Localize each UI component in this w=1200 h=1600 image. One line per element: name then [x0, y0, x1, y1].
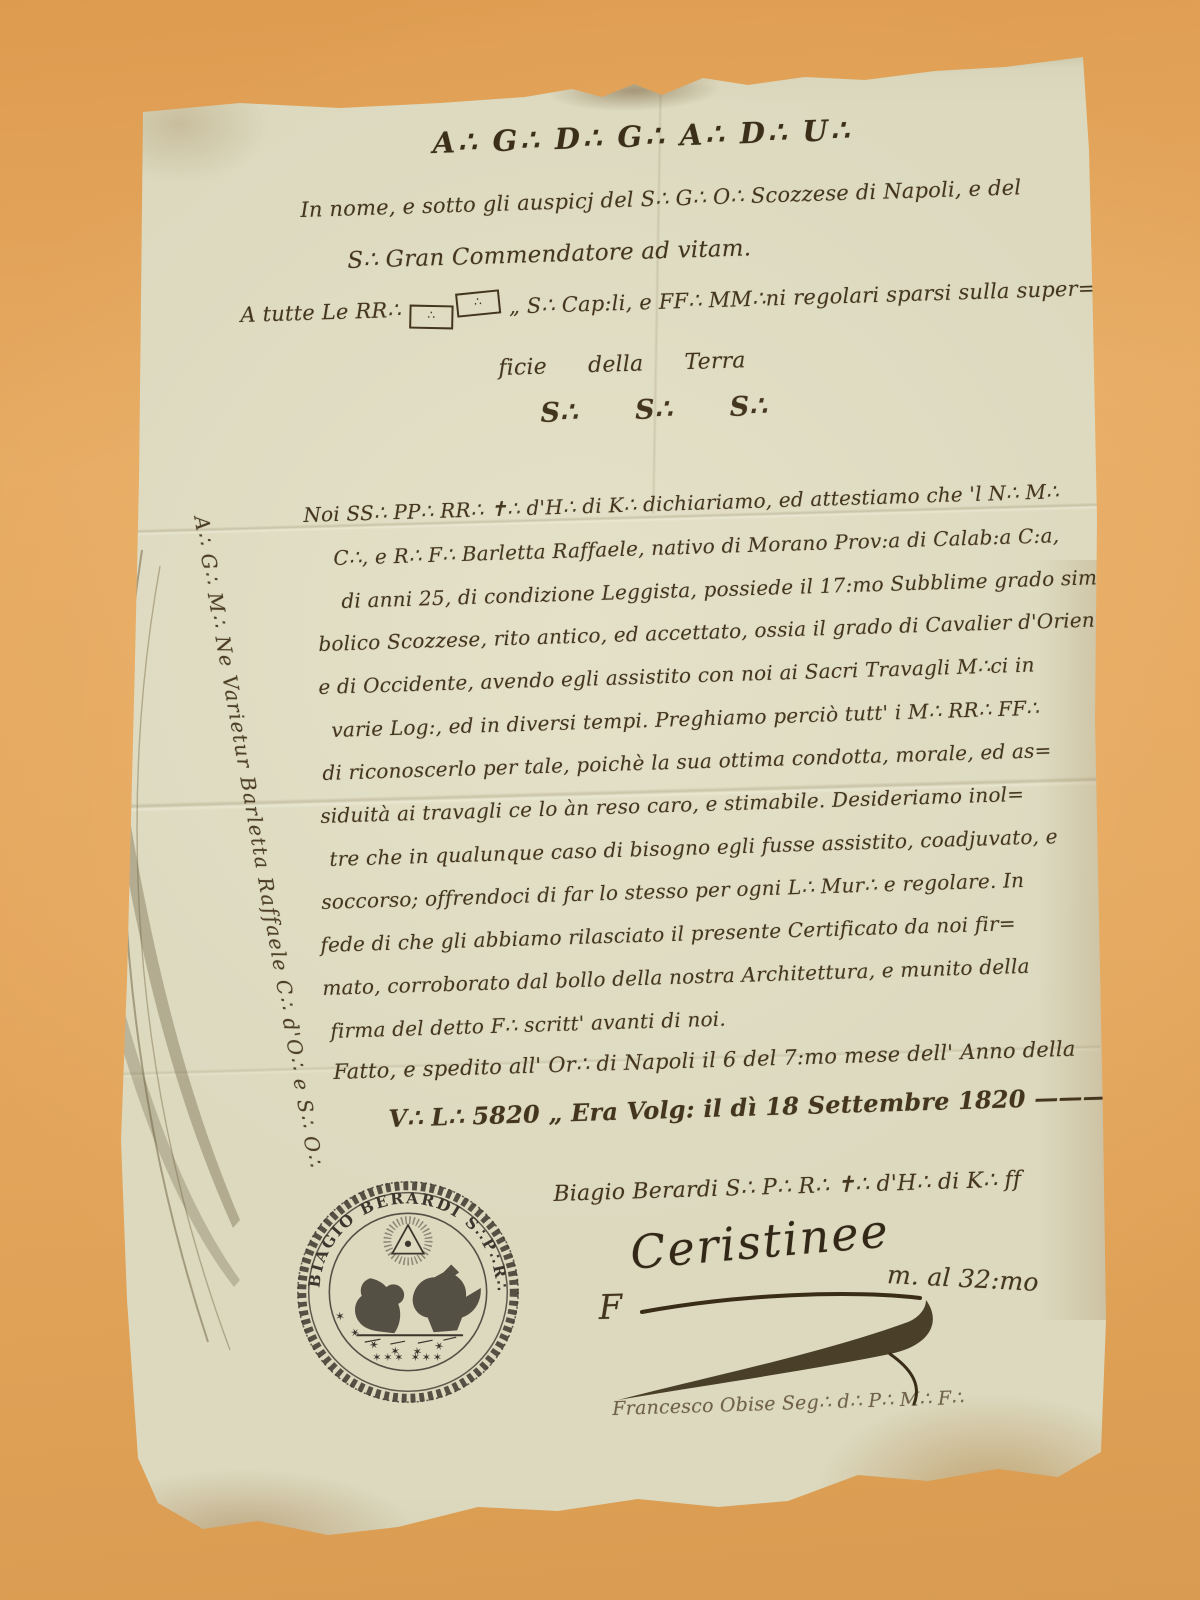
signature-paraph-flourish: [590, 1282, 1030, 1414]
masonic-seal: BIAGIO BERARDI S∴P∴R∴ ✶ ✶ ✶ ✶ ✶ ✶ ✶✶✶ ✶✶…: [290, 1168, 526, 1414]
seal-rope-ring: [302, 1186, 514, 1398]
square-dots: ∴: [427, 308, 435, 322]
paper-stain: [140, 98, 270, 184]
square-dots: ∴: [473, 294, 482, 309]
fold-notch-shadow: [544, 73, 725, 115]
pelican-icon: [355, 1278, 404, 1333]
lodge-square-icon: ∴: [455, 289, 501, 317]
all-seeing-eye-icon: [387, 1220, 428, 1261]
eagle-icon: [413, 1264, 481, 1332]
seal-inner-stars: ✶✶✶ ✶✶✶: [372, 1351, 443, 1364]
document-paper: A∴ G∴ D∴ G∴ A∴ D∴ U∴ In nome, e sotto gl…: [0, 0, 1200, 1600]
lodge-square-icon: ∴: [409, 305, 453, 330]
paper-stain: [1038, 560, 1108, 1320]
paper-stain: [132, 1470, 412, 1546]
photo-backdrop: A∴ G∴ D∴ G∴ A∴ D∴ U∴ In nome, e sotto gl…: [0, 0, 1200, 1600]
salutation-text-1: A tutte Le RR∴: [240, 298, 401, 327]
